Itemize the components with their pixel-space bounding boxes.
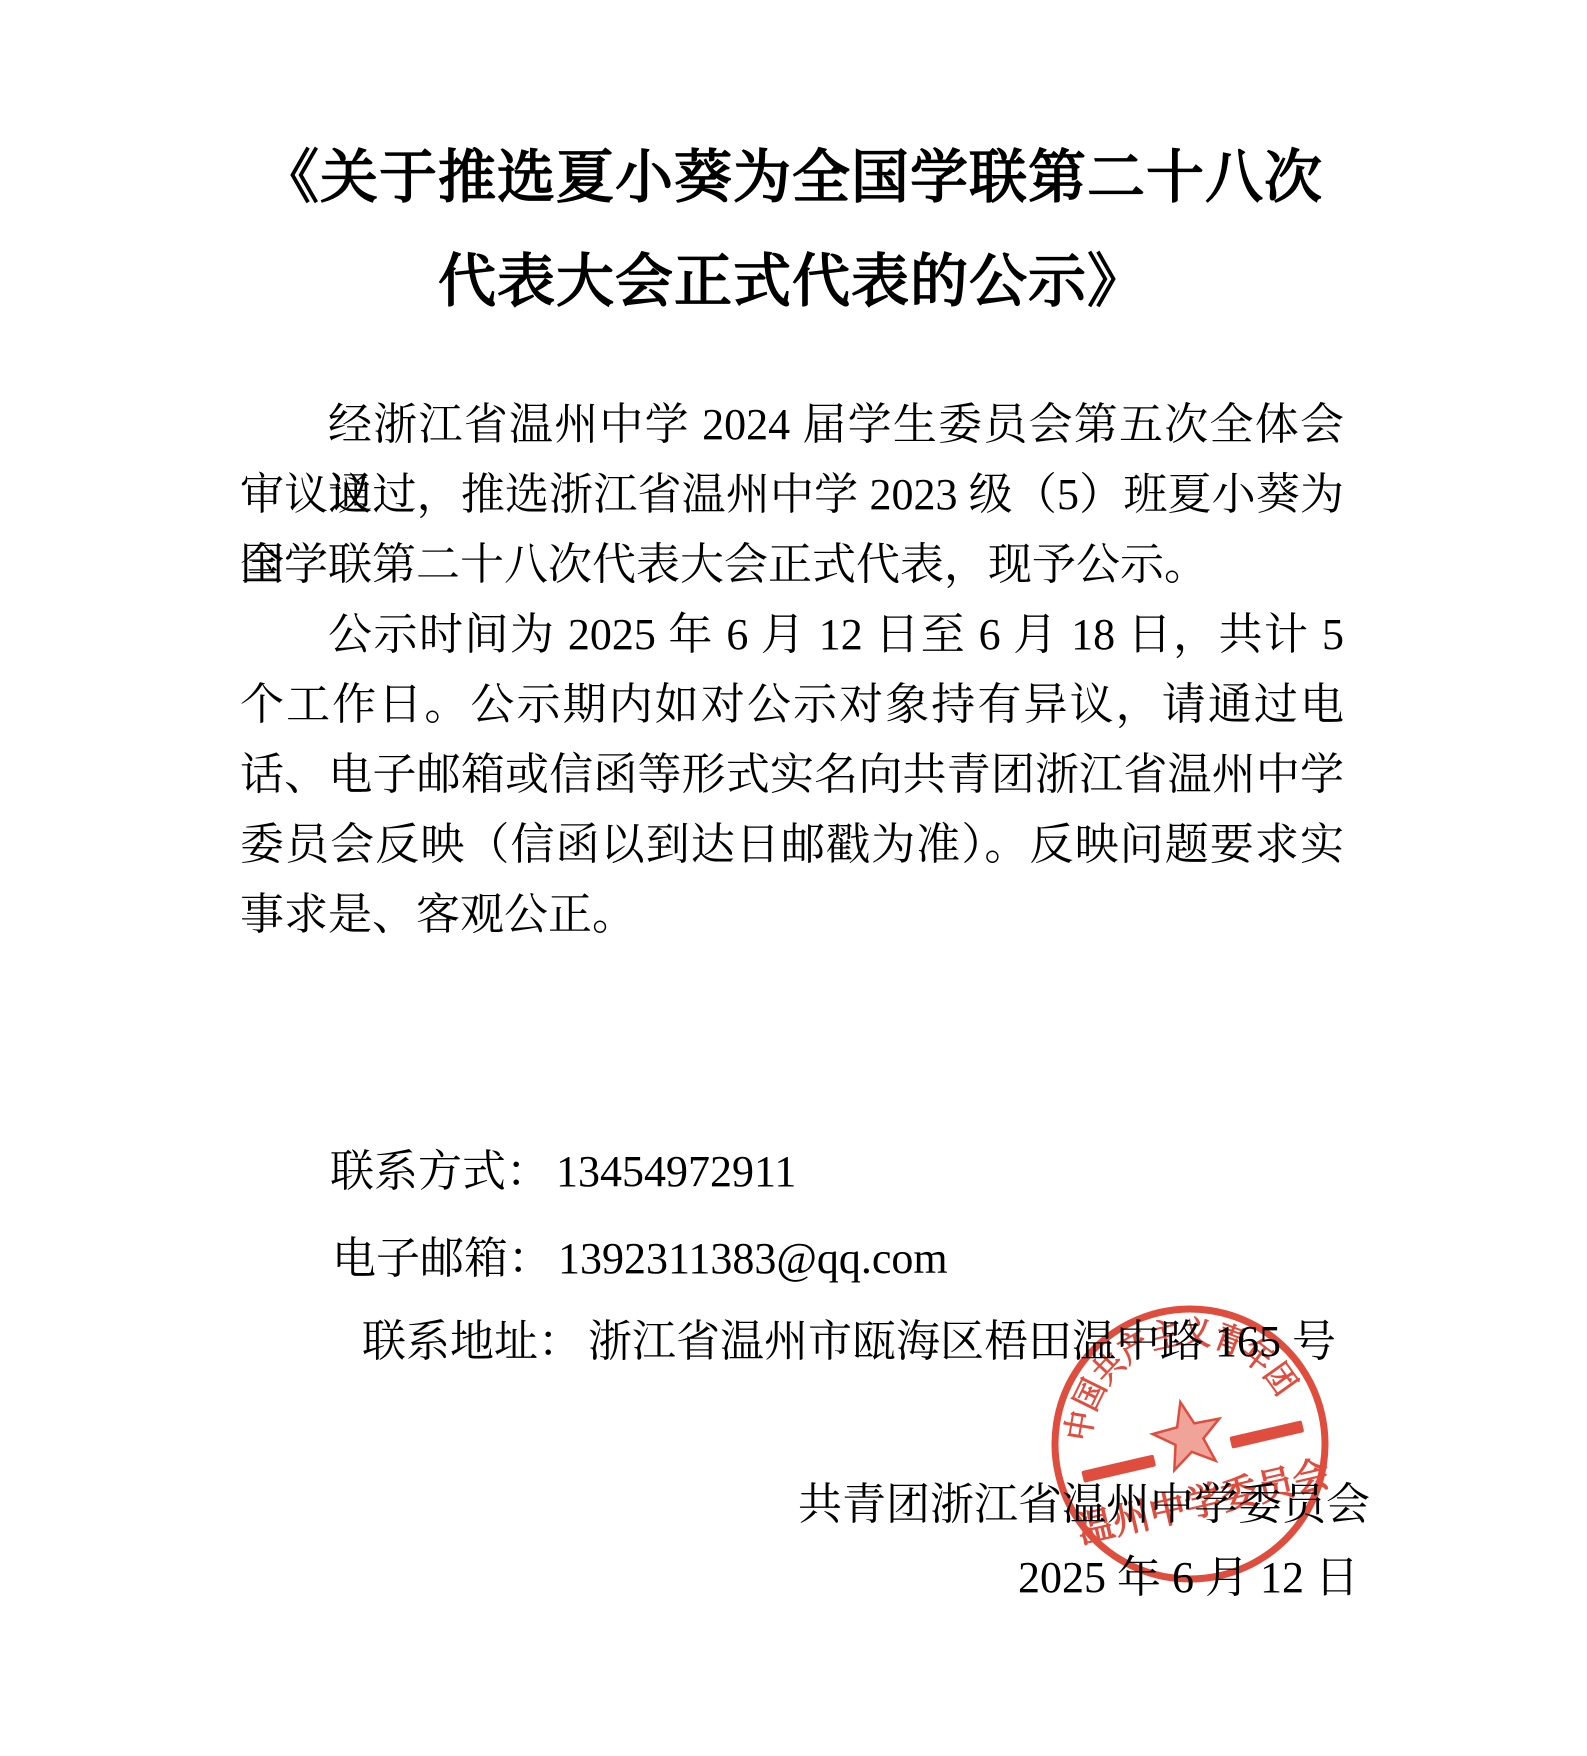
body-line: 事求是、客观公正。 <box>240 880 1344 950</box>
announcement-document: 《关于推选夏小葵为全国学联第二十八次 代表大会正式代表的公示》 经浙江省温州中学… <box>0 0 1587 1756</box>
body-line: 公示时间为 2025 年 6 月 12 日至 6 月 18 日，共计 5 <box>240 600 1344 670</box>
document-title: 《关于推选夏小葵为全国学联第二十八次 代表大会正式代表的公示》 <box>240 126 1344 334</box>
address-value: 浙江省温州市瓯海区梧田温中路 165 号 <box>582 1317 1336 1366</box>
document-title-line-1: 《关于推选夏小葵为全国学联第二十八次 <box>240 126 1344 230</box>
contact-phone-line: 联系方式：13454972911 <box>330 1146 796 1198</box>
phone-label: 联系方式： <box>330 1147 550 1196</box>
body-line: 话、电子邮箱或信函等形式实名向共青团浙江省温州中学 <box>240 740 1344 810</box>
signature-date: 2025 年 6 月 12 日 <box>1018 1552 1359 1604</box>
star-icon <box>1147 1394 1228 1473</box>
body-line: 国学联第二十八次代表大会正式代表，现予公示。 <box>240 530 1344 600</box>
body-line: 个工作日。公示期内如对公示对象持有异议，请通过电 <box>240 670 1344 740</box>
body-line: 经浙江省温州中学 2024 届学生委员会第五次全体会议 <box>240 390 1344 460</box>
address-label: 联系地址： <box>362 1317 582 1366</box>
contact-email-line: 电子邮箱：1392311383@qq.com <box>332 1233 948 1285</box>
body-line: 委员会反映（信函以到达日邮戳为准）。反映问题要求实 <box>240 810 1344 880</box>
email-label: 电子邮箱： <box>332 1234 552 1283</box>
seal-right-dash <box>1229 1420 1304 1448</box>
svg-text:中国共产主义青年团: 中国共产主义青年团 <box>1039 1290 1306 1451</box>
signature-organization: 共青团浙江省温州中学委员会 <box>798 1479 1370 1531</box>
email-value: 1392311383@qq.com <box>552 1234 948 1283</box>
body-line: 审议通过，推选浙江省温州中学 2023 级（5）班夏小葵为全 <box>240 460 1344 530</box>
document-body: 经浙江省温州中学 2024 届学生委员会第五次全体会议 审议通过，推选浙江省温州… <box>240 390 1344 950</box>
document-title-line-2: 代表大会正式代表的公示》 <box>240 230 1344 334</box>
contact-address-line: 联系地址：浙江省温州市瓯海区梧田温中路 165 号 <box>362 1316 1336 1368</box>
seal-ring-text: 中国共产主义青年团 <box>1039 1290 1306 1451</box>
phone-value: 13454972911 <box>550 1147 796 1196</box>
